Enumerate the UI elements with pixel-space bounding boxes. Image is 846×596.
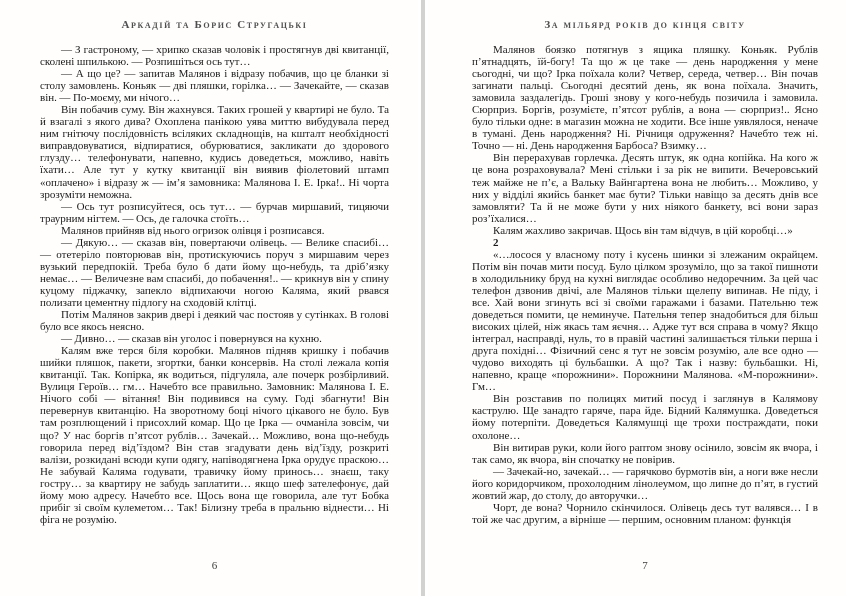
gutter-line <box>421 0 425 596</box>
paragraph: — Ось тут розписуйтеся, ось тут… — бурча… <box>40 201 389 225</box>
page-number-left: 6 <box>0 560 418 572</box>
paragraph: Малянов боязко потягнув з ящика пляшку. … <box>472 44 818 152</box>
paragraph: Малянов прийняв від нього огризок олівця… <box>40 225 389 237</box>
page-right: За мільярд років до кінця світу Малянов … <box>428 0 846 596</box>
section-heading: 2 <box>472 237 818 249</box>
paragraph: — Дякую… — сказав він, повертаючи олівец… <box>40 237 389 309</box>
page-number-right: 7 <box>428 560 846 572</box>
book-spread: Аркадій та Борис Стругацькі — З гастроно… <box>0 0 846 596</box>
page-right-body: Малянов боязко потягнув з ящика пляшку. … <box>472 44 818 526</box>
paragraph: Він розставив по полицях митий посуд і з… <box>472 393 818 441</box>
paragraph: Потім Малянов закрив двері і деякий час … <box>40 309 389 333</box>
page-left: Аркадій та Борис Стругацькі — З гастроно… <box>0 0 418 596</box>
paragraph: Калям жахливо закричав. Щось він там від… <box>472 225 818 237</box>
paragraph: — Зачекай-но, зачекай… — гарячково бурмо… <box>472 466 818 502</box>
running-header-author: Аркадій та Борис Стругацькі <box>40 19 389 31</box>
running-header-title: За мільярд років до кінця світу <box>472 19 818 31</box>
paragraph: «…лосося у власному поту і кусень шинки … <box>472 249 818 394</box>
paragraph: Калям вже терся біля коробки. Малянов пі… <box>40 345 389 526</box>
paragraph: — З гастроному, — хрипко сказав чоловік … <box>40 44 389 68</box>
paragraph: Він витирав руки, коли його раптом знову… <box>472 442 818 466</box>
paragraph: Він побачив суму. Він жахнувся. Таких гр… <box>40 104 389 200</box>
paragraph: Він перерахував горлечка. Десять штук, я… <box>472 152 818 224</box>
paragraph: — Дивно… — сказав він уголос і повернувс… <box>40 333 389 345</box>
paragraph: — А що це? — запитав Малянов і відразу п… <box>40 68 389 104</box>
paragraph: Чорт, де вона? Чорнило скінчилося. Оліве… <box>472 502 818 526</box>
page-left-body: — З гастроному, — хрипко сказав чоловік … <box>40 44 389 526</box>
page-gutter <box>418 0 428 596</box>
